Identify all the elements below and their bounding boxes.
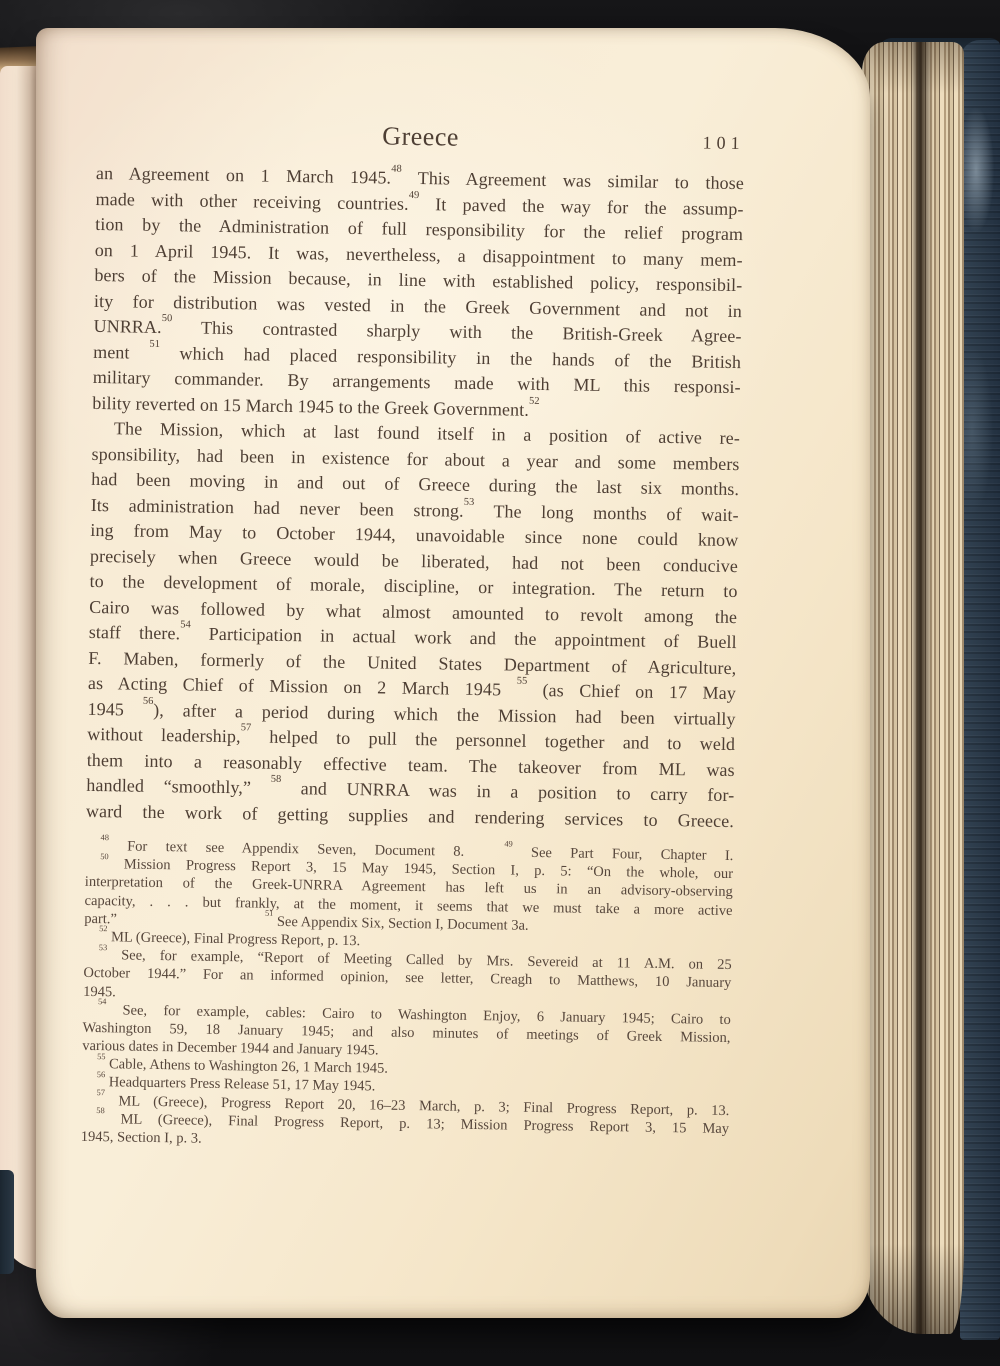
book-page: Greece 101 an Agreement on 1 March 1945.… xyxy=(36,28,870,1318)
footnote-gap xyxy=(464,855,504,857)
running-head-title: Greece xyxy=(96,117,744,157)
page-header: Greece 101 xyxy=(96,117,744,159)
body-paragraph: an Agreement on 1 March 1945.48 This Agr… xyxy=(92,161,744,426)
body-paragraph: The Mission, which at last found itself … xyxy=(86,416,740,834)
photo-backdrop: Greece 101 an Agreement on 1 March 1945.… xyxy=(0,0,1000,1366)
footnote: 53 See, for example, “Report of Meeting … xyxy=(83,946,732,1011)
page-number: 101 xyxy=(702,132,744,154)
book-cover xyxy=(960,40,1000,1340)
body-text: an Agreement on 1 March 1945.48 This Agr… xyxy=(86,161,744,834)
footnotes: 48 For text see Appendix Seven, Document… xyxy=(81,837,734,1156)
book-cover-bottom-left xyxy=(0,1170,14,1274)
footnote: 54 See, for example, cables: Cairo to Wa… xyxy=(82,1001,731,1066)
page-stack-fore-edge xyxy=(862,42,964,1334)
footnote-gap xyxy=(117,922,265,925)
footnote: 50 Mission Progress Report 3, 15 May 194… xyxy=(84,855,733,938)
page-content: Greece 101 an Agreement on 1 March 1945.… xyxy=(81,117,745,1156)
